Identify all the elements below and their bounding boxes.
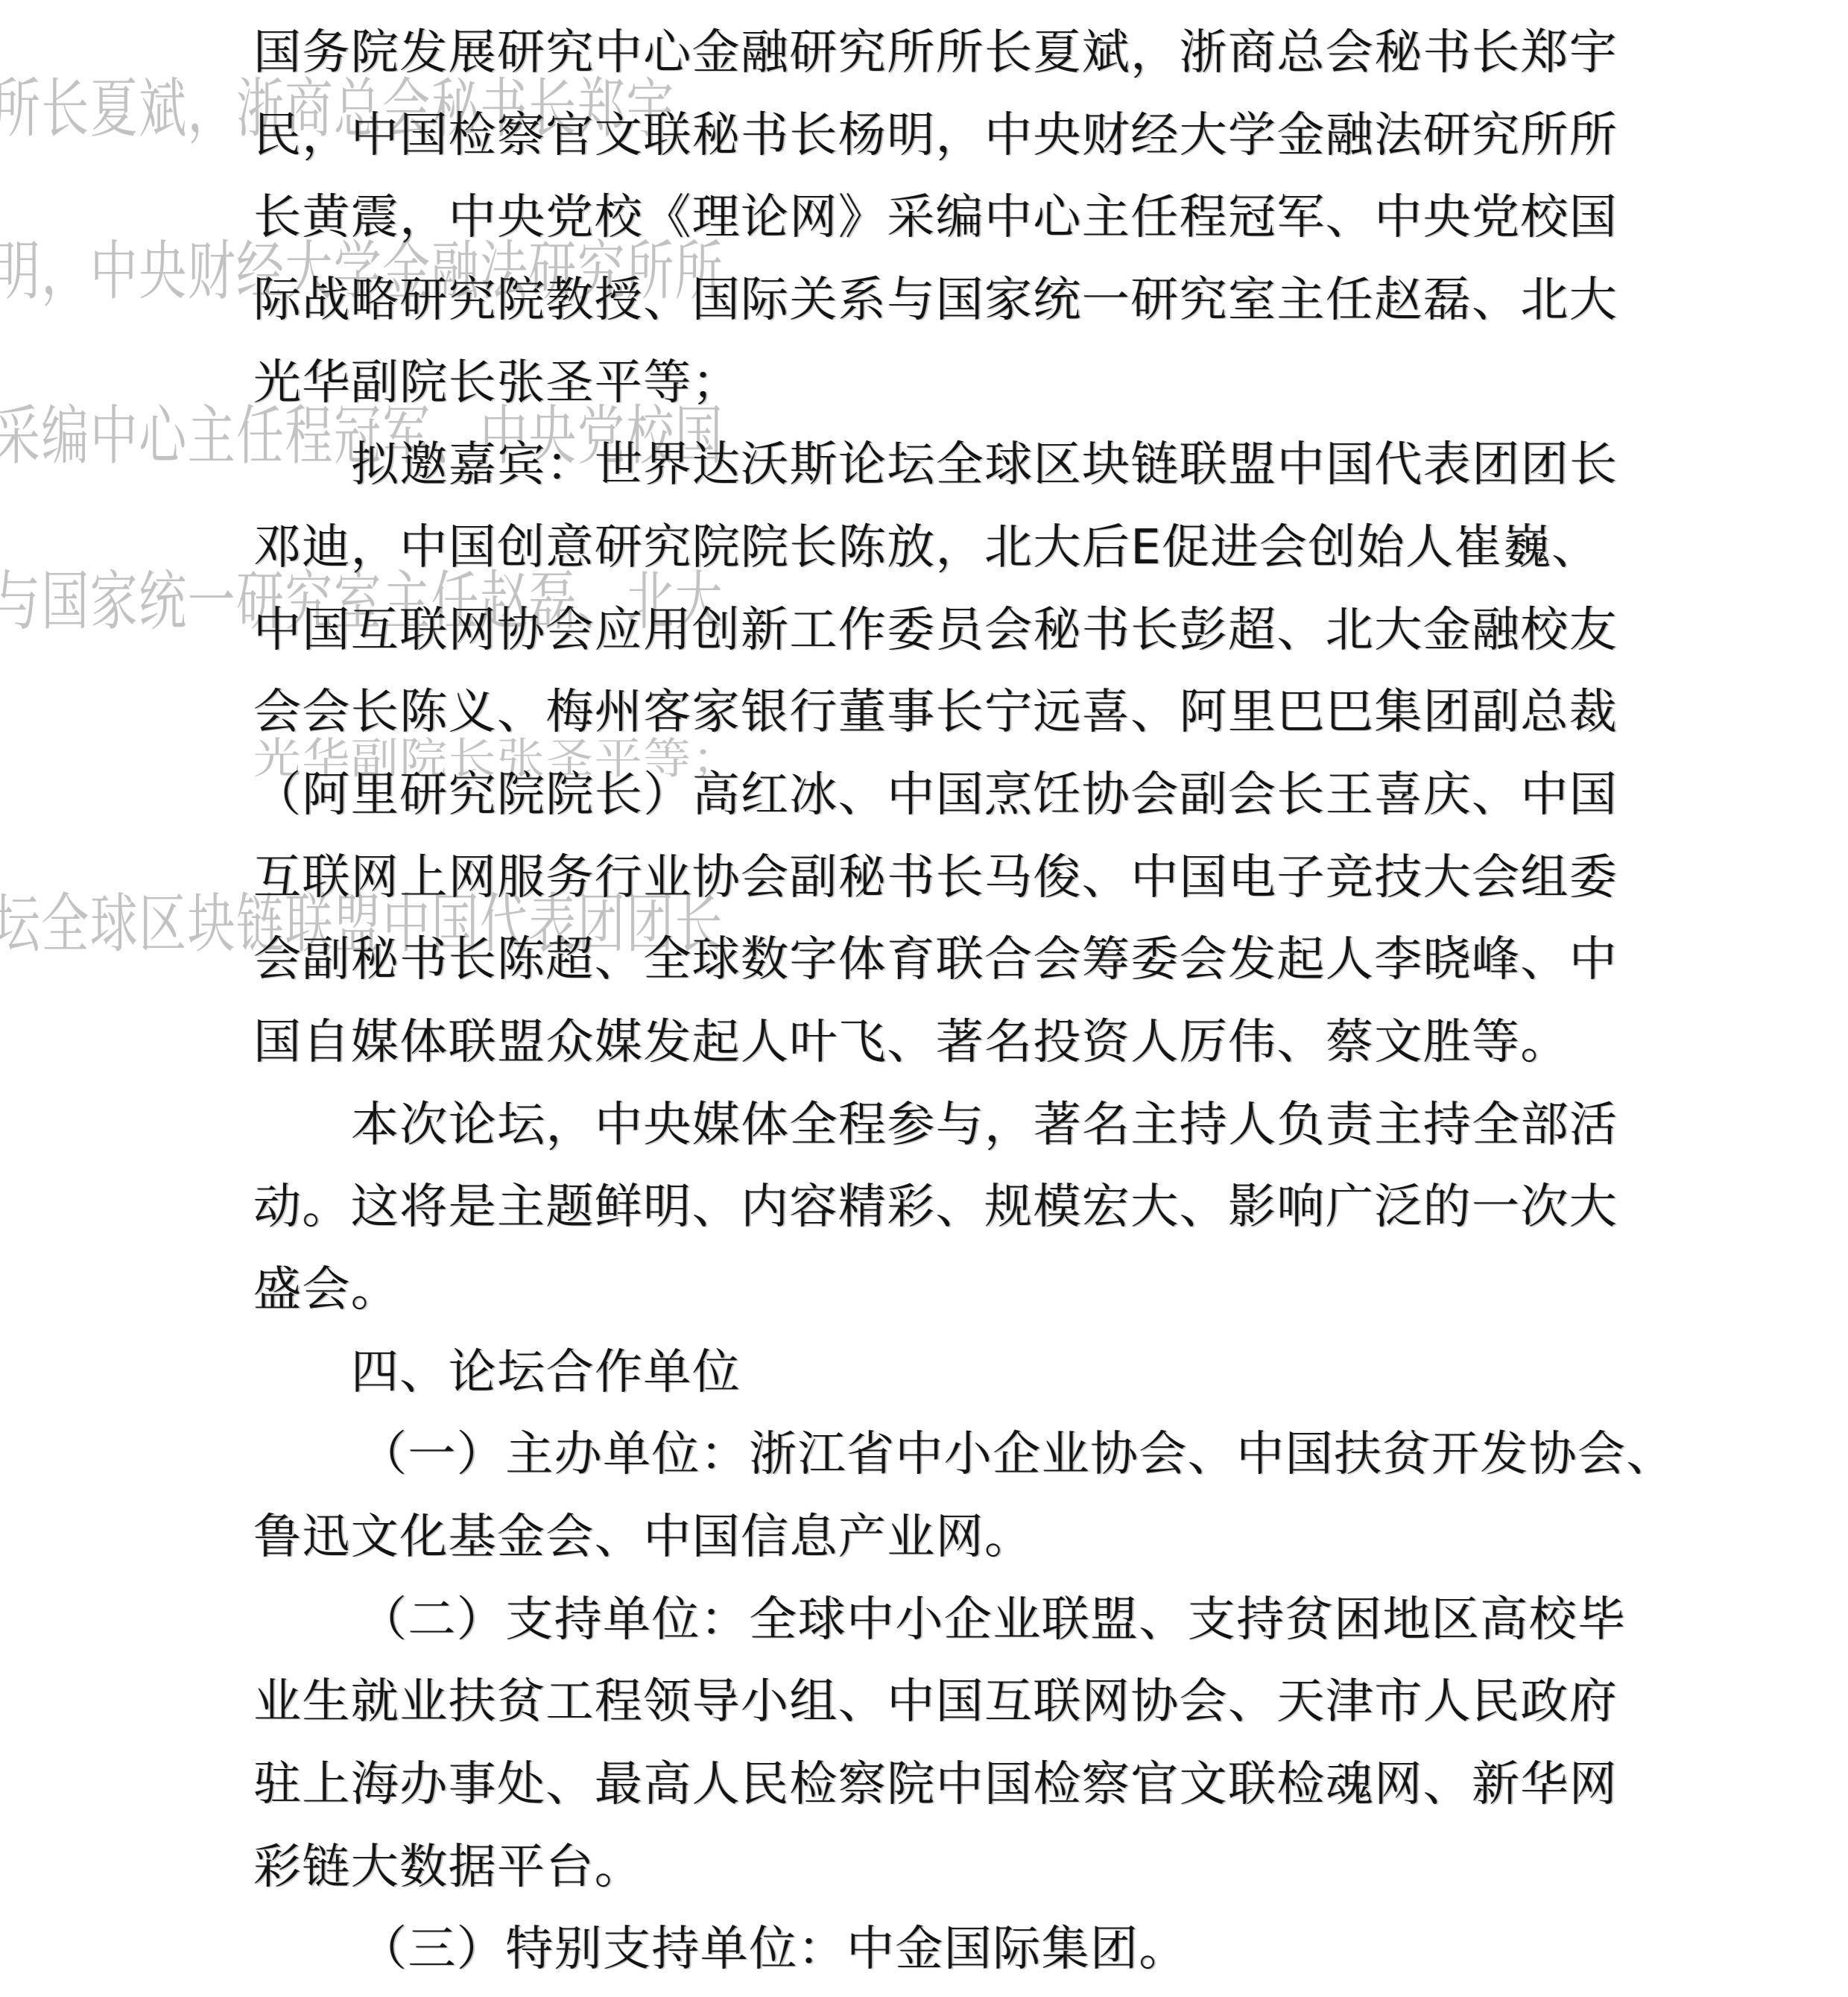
text-line: 民，中国检察官文联秘书长杨明，中央财经大学金融法研究所所 bbox=[253, 112, 1618, 159]
section-heading: 四、论坛合作单位 bbox=[351, 1349, 741, 1396]
text-line: 国自媒体联盟众媒发起人叶飞、著名投资人厉伟、蔡文胜等。 bbox=[253, 1019, 1569, 1066]
text-line: 长黄震，中央党校《理论网》采编中心主任程冠军、中央党校国 bbox=[253, 194, 1618, 241]
text-line: 光华副院长张圣平等； bbox=[253, 359, 741, 407]
text-line: 本次论坛，中央媒体全程参与，著名主持人负责主持全部活 bbox=[351, 1101, 1618, 1149]
text-line: 彩链大数据平台。 bbox=[253, 1843, 643, 1891]
text-line: 国务院发展研究中心金融研究所所长夏斌，浙商总会秘书长郑宇 bbox=[253, 29, 1618, 77]
text-line: 拟邀嘉宾：世界达沃斯论坛全球区块链联盟中国代表团团长 bbox=[351, 441, 1618, 489]
text-line: 会副秘书长陈超、全球数字体育联合会筹委会发起人李晓峰、中 bbox=[253, 936, 1618, 984]
text-line: 互联网上网服务行业协会副秘书长马俊、中国电子竞技大会组委 bbox=[253, 854, 1618, 902]
text-line: （三）特别支持单位：中金国际集团。 bbox=[359, 1925, 1188, 1973]
text-line: （二）支持单位：全球中小企业联盟、支持贫困地区高校毕 bbox=[359, 1596, 1626, 1644]
text-line: 际战略研究院教授、国际关系与国家统一研究室主任赵磊、北大 bbox=[253, 276, 1618, 324]
text-line: 鲁迅文化基金会、中国信息产业网。 bbox=[253, 1513, 1033, 1561]
text-line: 邓迪，中国创意研究院院长陈放，北大后E促进会创始人崔巍、 bbox=[253, 524, 1601, 572]
text-line: 盛会。 bbox=[253, 1266, 399, 1314]
text-line: 中国互联网协会应用创新工作委员会秘书长彭超、北大金融校友 bbox=[253, 607, 1618, 654]
text-line: （一）主办单位：浙江省中小企业协会、中国扶贫开发协会、 bbox=[359, 1431, 1675, 1478]
text-line: 驻上海办事处、最高人民检察院中国检察官文联检魂网、新华网 bbox=[253, 1761, 1618, 1808]
text-line: 动。这将是主题鲜明、内容精彩、规模宏大、影响广泛的一次大 bbox=[253, 1183, 1618, 1231]
text-line: （阿里研究院院长）高红冰、中国烹饪协会副会长王喜庆、中国 bbox=[253, 771, 1618, 819]
document-page: 所长夏斌，浙商总会秘书长郑宇 明，中央财经大学金融法研究所所 采编中心主任程冠军… bbox=[0, 0, 1848, 1997]
text-line: 业生就业扶贫工程领导小组、中国互联网协会、天津市人民政府 bbox=[253, 1678, 1618, 1726]
text-line: 会会长陈义、梅州客家银行董事长宁远喜、阿里巴巴集团副总裁 bbox=[253, 689, 1618, 736]
